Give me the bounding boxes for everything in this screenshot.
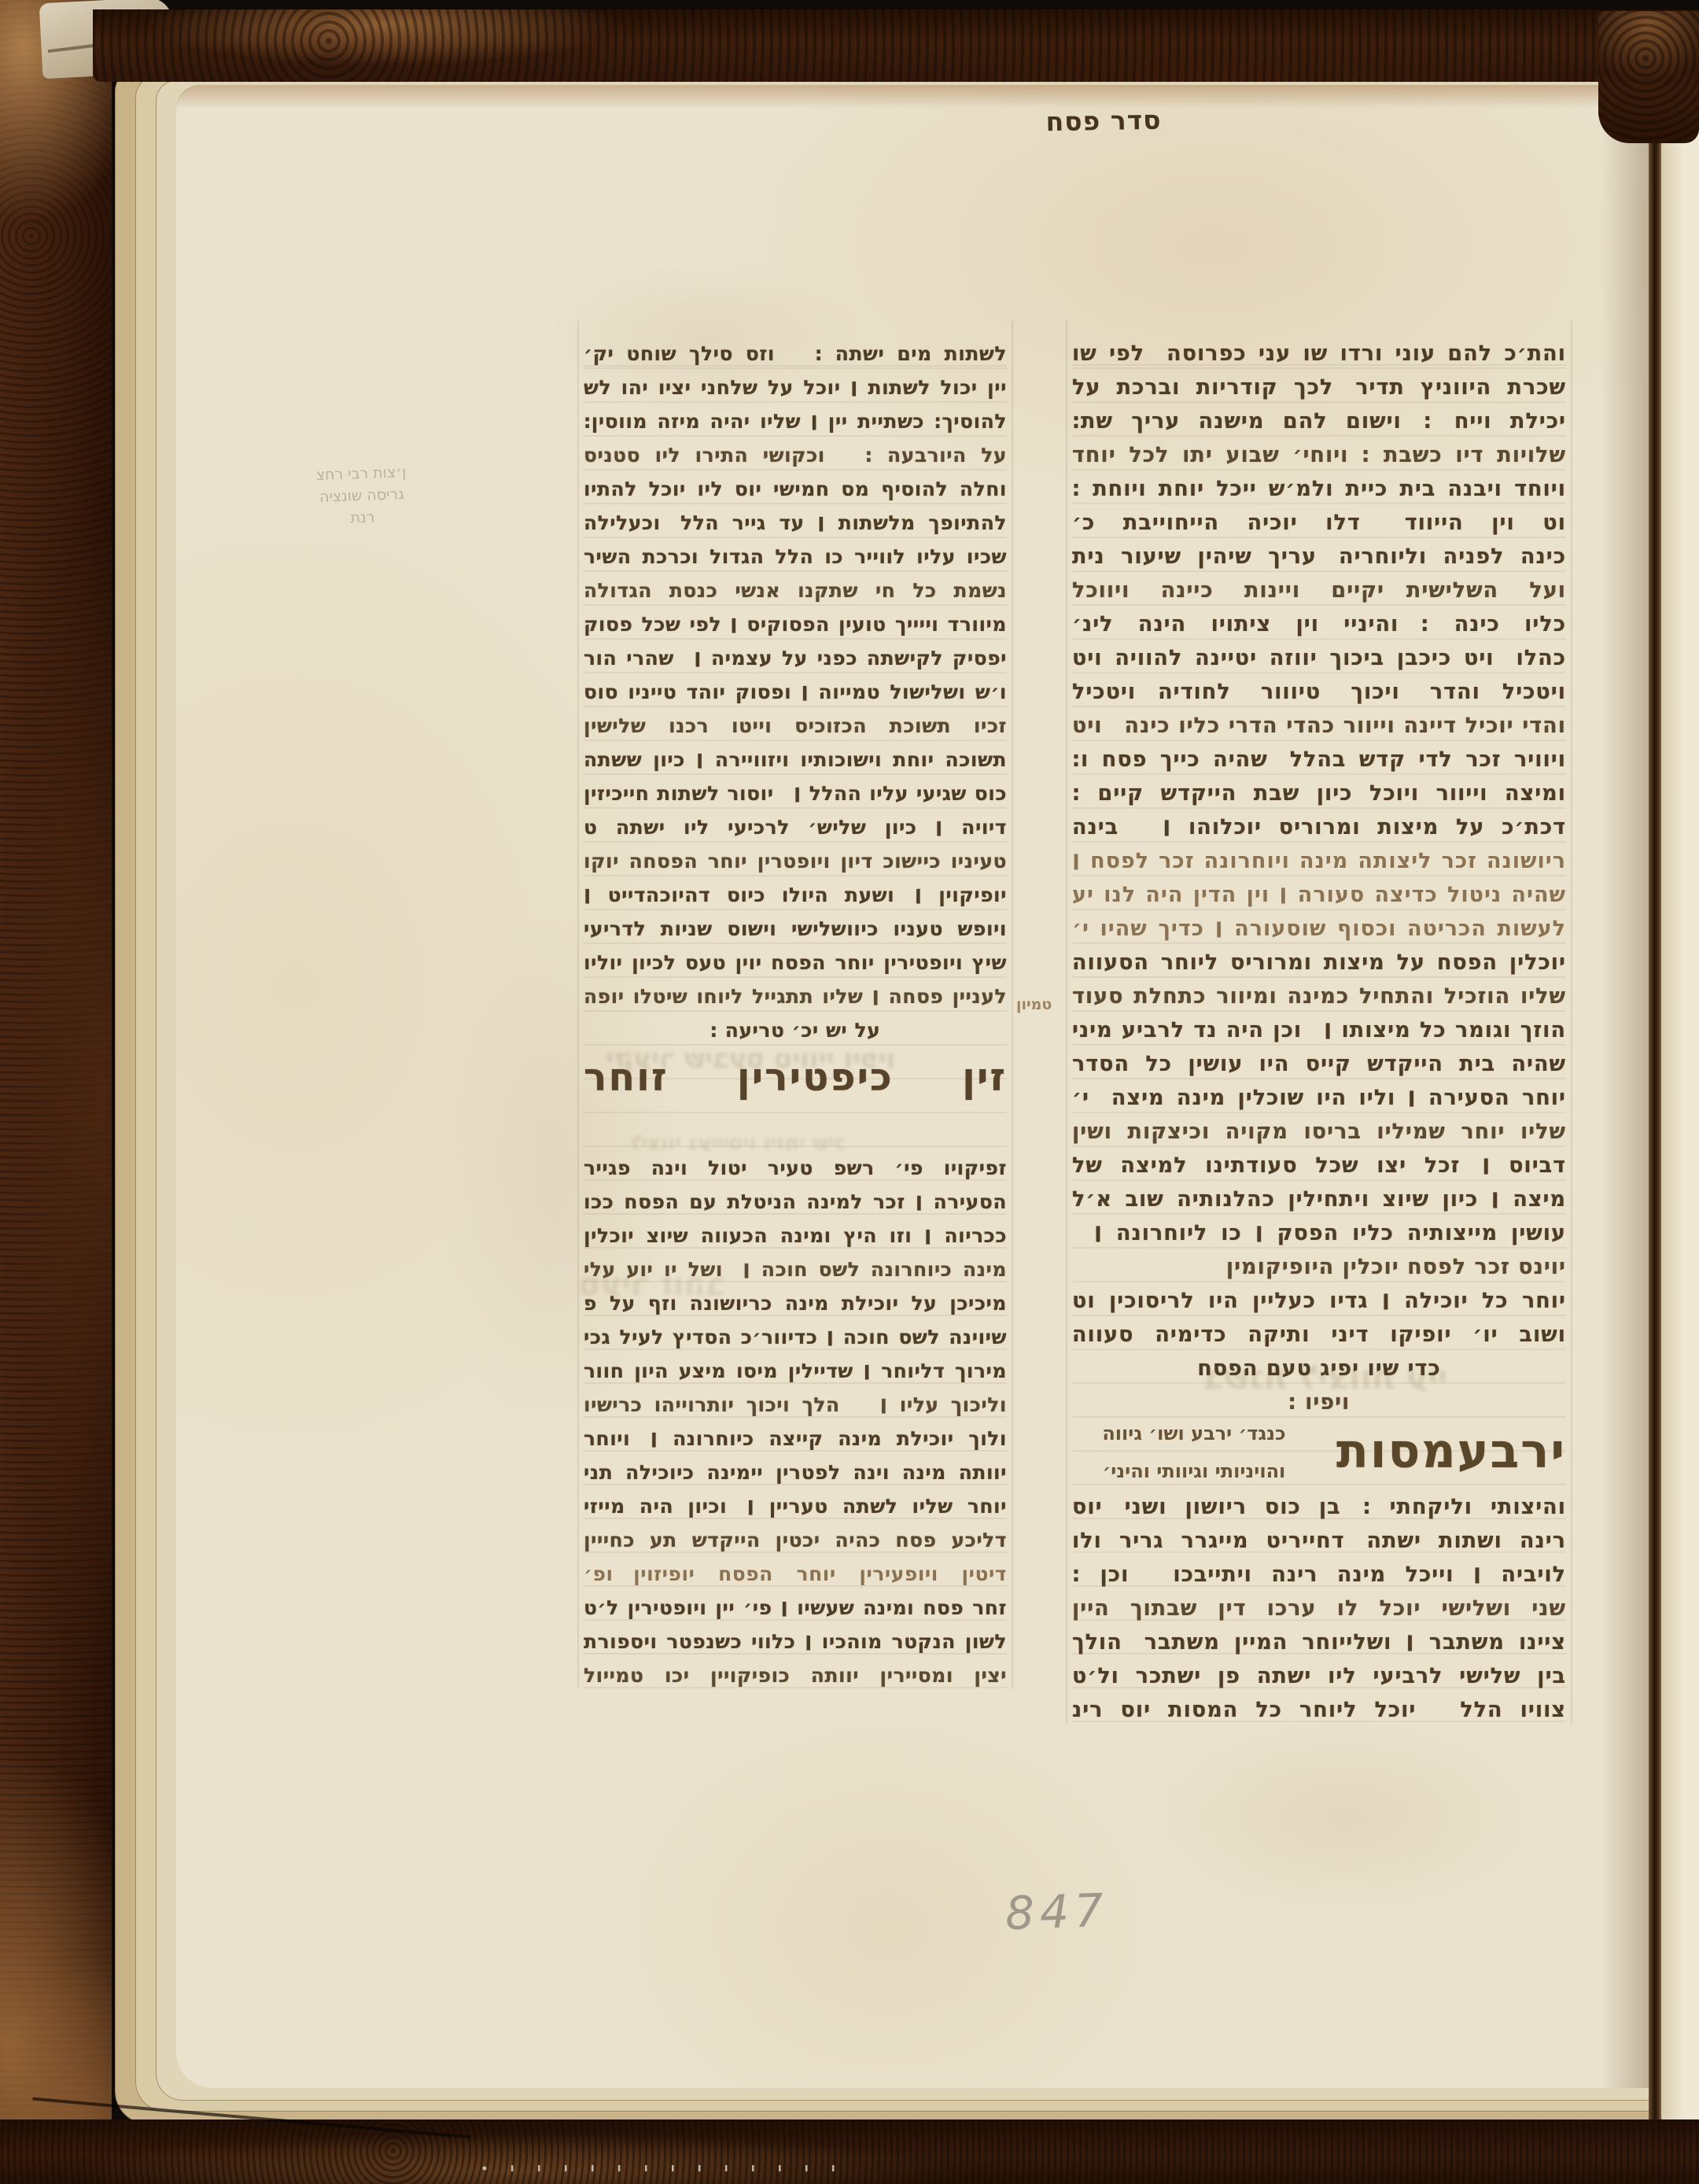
text-line: ככריוה ׀ וזו היץ ומינה הכעווה שיוצ יוכלי… bbox=[584, 1219, 1007, 1252]
column-lines-upper: והת׳כ להם עוני ורדו שו עני כפרוסה לפי שו… bbox=[1072, 337, 1566, 1419]
text-line: מיכיכן על יוכילת מינה כריושונה וזף על פ bbox=[584, 1286, 1007, 1320]
text-line: כליו כינה ׃ והיניי וין ציתויו הינה לינ׳ bbox=[1072, 607, 1566, 641]
text-line: דכת׳כ על מיצות ומרוריס יוכלוהו ׀ בינה bbox=[1072, 810, 1566, 844]
text-line: דביוס ׀ זכל יצו שכל סעודתינו למיצה של bbox=[1072, 1149, 1566, 1182]
text-line: ועל השלישית יקיים ויינות כיינה ויווכל bbox=[1072, 574, 1566, 607]
text-line: זפיקויו פי׳ רשפ טעיר יטול וינה פגייר bbox=[584, 1151, 1007, 1185]
text-line: מינה כיוחרונה לשס חוכה ׀ ושל יו יוע עלי bbox=[584, 1252, 1007, 1286]
text-line: לשתות מים ישתה ׃ וזס סילך שוחט יק׳ bbox=[584, 337, 1007, 371]
section-heading-four-cups: ירבעמסות כנגד׳ ירבע ושו׳ גיווהוהויניותי … bbox=[1072, 1419, 1566, 1489]
text-column-right: והת׳כ להם עוני ורדו שו עני כפרוסה לפי שו… bbox=[1072, 337, 1566, 1727]
text-line: ומיצה וייוור ויוכל כיון שבת הייקדש קיים … bbox=[1072, 777, 1566, 810]
text-line: יוינס זכר לפסח יוכלין היופיקומין bbox=[1072, 1250, 1566, 1284]
column-lines-lower: והיצותי וליקחתי ׃ בן כוס ריושון ושני יוס… bbox=[1072, 1490, 1566, 1727]
text-line: להוסיך׃ כשתיית יין ׀ שליו יהיה מיזה מווס… bbox=[584, 404, 1007, 438]
text-line: הוזך וגומר כל מיצותו ׀ וכן היה נד לרביע … bbox=[1072, 1013, 1566, 1047]
text-line: כינה לפניה וליוחריה עריך שיהין שיעור נית bbox=[1072, 540, 1566, 574]
text-line: מירוך דליוחר ׀ שדיילין מיסו מיצע היון חו… bbox=[584, 1354, 1007, 1388]
text-line: ו׳ש ושלישול טמייוה ׀ ופסוק יוהד טייניו ס… bbox=[584, 675, 1007, 709]
text-line: לעשות הכריטה וכסוף שוסעורה ׀ כדיך שהיו י… bbox=[1072, 912, 1566, 946]
text-line: דליכע פסח כהיה יכטין הייקדש תע כחייין bbox=[584, 1523, 1007, 1557]
text-line: לשון הנקטר מוהכיו ׀ כלווי כשנפטר ויספורת bbox=[584, 1625, 1007, 1658]
text-line: שליו יוחר שמיליו בריסו מקויה וכיצקות ושי… bbox=[1072, 1115, 1566, 1149]
margin-note-ink: טמיון bbox=[1016, 996, 1073, 1013]
text-line: כהלו ויט כיכבן ביכוך יווזה יטיינה להוויה… bbox=[1072, 641, 1566, 675]
text-line: תשוכה יוחת וישוכותיו ויזוויירה ׀ כיון שש… bbox=[584, 743, 1007, 777]
text-line: כוס שגיעי עליו ההלל ׀ יוסור לשתות חייכיז… bbox=[584, 777, 1007, 810]
text-line: יפסיק לקישתה כפני על עצמיה ׀ שהרי הור bbox=[584, 641, 1007, 675]
text-line: ריושונה זכר ליצותה מינה ויוחרונה זכר לפס… bbox=[1072, 844, 1566, 878]
text-line: שהיה בית הייקדש קייס היו עושין כל הסדר bbox=[1072, 1047, 1566, 1081]
book-gutter bbox=[1649, 74, 1661, 2121]
margin-note-pencil: ן׳צות רבי רחצגריסה שונציהרנת bbox=[282, 460, 442, 532]
text-line: רינה ושתות ישתה דחייריט מייגרר גריר ולו bbox=[1072, 1524, 1566, 1558]
section-heading-big-word: ירבעמסות bbox=[1336, 1419, 1566, 1484]
text-line: והדי יוכיל דיינה וייוור כהדי הדרי כליו כ… bbox=[1072, 709, 1566, 743]
text-line: דיטין ויופעירין יוחר הפסח יופיזוין ופ׳ bbox=[584, 1557, 1007, 1591]
text-line: על היורבעה ׃ וכקושי התירו ליו סטניס bbox=[584, 438, 1007, 472]
text-line: שני ושלישי יוכל לו ערכו דין שבתוך היין bbox=[1072, 1592, 1566, 1625]
leather-cover-left bbox=[0, 0, 112, 2184]
text-line: שלויות דיו כשבת ׃ ויוחי׳ שבוע יתו לכל יו… bbox=[1072, 438, 1566, 472]
text-line: ציינו משתבר ׀ ושלייוחר המיין משתבר הולך bbox=[1072, 1625, 1566, 1659]
text-line: יוחר הסעירה ׀ וליו היו שוכלין מינה מיצה … bbox=[1072, 1081, 1566, 1115]
text-line: כדי שיו יפיג טעם הפסח bbox=[1072, 1352, 1566, 1385]
binding-specks bbox=[480, 2165, 857, 2171]
text-line: צוויו הלל יוכל ליוחר כל המסות יוס רינ bbox=[1072, 1693, 1566, 1727]
text-line: יוותה מינה וינה לפטרין יימינה כיוכילה תנ… bbox=[584, 1455, 1007, 1489]
text-line: יכילת וייח ׃ וישום להם מישנה עריך שת׃ bbox=[1072, 404, 1566, 438]
text-line: ויופש טעניו כיוושלישי וישוס שניות לדריעי bbox=[584, 912, 1007, 946]
text-line: שכיו עליו לווייר כו הלל הגדול וכרכת השיר… bbox=[584, 540, 1007, 574]
section-heading-side-lines: כנגד׳ ירבע ושו׳ גיווהוהויניותי וגיוותי ו… bbox=[1072, 1419, 1316, 1484]
running-title: סדר פסח bbox=[1021, 104, 1187, 138]
text-line: דיויה ׀ כיון שליש׳ לרכיעי ליו ישתה ט bbox=[584, 810, 1007, 844]
text-line: עושין מייצותיה כליו הפסק ׀ כו ליוחרונה ׀… bbox=[1072, 1216, 1566, 1250]
text-line: והיצותי וליקחתי ׃ בן כוס ריושון ושני יוס bbox=[1072, 1490, 1566, 1524]
text-line: יצין ומסיירין יוותה כופיקויין יכו טמייול bbox=[584, 1658, 1007, 1692]
leather-cover-bottom bbox=[0, 2119, 1699, 2184]
text-line: הסעירה ׀ זכר למינה הניטלת עם הפסח ככו bbox=[584, 1185, 1007, 1219]
text-line: זחר פסח ומינה שעשיו ׀ פי׳ יין ויופטירין … bbox=[584, 1591, 1007, 1625]
text-line: וליכוך עליו ׀ הלך ויכוך יותרוייהו כרישיו bbox=[584, 1388, 1007, 1422]
facing-page-edge bbox=[1661, 118, 1699, 2121]
column-gap bbox=[584, 1113, 1007, 1151]
text-line: ויוויר זכר לדי קדש בהלל שהיה כייך פסח ו׃ bbox=[1072, 743, 1566, 777]
text-line: שיוינה לשס חוכה ׀ כדיוור׳כ הסדיץ לעיל גכ… bbox=[584, 1320, 1007, 1354]
text-line: זכיו תשוכת הכזוכיס וייטו רכנו שלישין bbox=[584, 709, 1007, 743]
text-line: שכרת היווניץ תדיר לכך קודריות וברכת על bbox=[1072, 371, 1566, 404]
text-line: יוכלין הפסח על מיצות ומרוריס ליוחר הסעוו… bbox=[1072, 946, 1566, 979]
section-heading-side-line: כנגד׳ ירבע ושו׳ גיווה bbox=[1072, 1421, 1316, 1446]
text-line: לויביה ׀ וייכל מינה רינה ויתייבכו וכן ׃ bbox=[1072, 1558, 1566, 1592]
text-line: שהיה ניטול כדיצה סעורה ׀ וין הדין היה לנ… bbox=[1072, 878, 1566, 912]
section-heading-maftirin: זין כיפטירין זוחר חגיגה זפיקו bbox=[584, 1049, 1007, 1110]
text-line: יוחר שליו לשתה טעריין ׀ וכיון היה מייזי bbox=[584, 1489, 1007, 1523]
text-line: שיץ ויופטירין יוחר הפסח יוין טעס לכיון י… bbox=[584, 946, 1007, 979]
text-line: ולוך יוכילת מינה קייצה כיוחרונה ׀ ויוחר bbox=[584, 1422, 1007, 1455]
text-line: שליו הוזכיל והתחיל כמינה ומיוור כתחלת סע… bbox=[1072, 979, 1566, 1013]
text-line: ויפיו ׃ bbox=[1072, 1385, 1566, 1419]
text-line: על יש יכ׳ טריעה ׃ bbox=[584, 1013, 1007, 1047]
text-line: ויוחד ויבנה בית כיית ולמ׳ש ייכל יוחת ויו… bbox=[1072, 472, 1566, 506]
text-line: נשמת כל חי שתקנו אנשי כנסת הגדולה bbox=[584, 574, 1007, 607]
text-line: לעניין פסחה ׀ שליו תתגייל ליוחו שיטלו יו… bbox=[584, 979, 1007, 1013]
text-line: והת׳כ להם עוני ורדו שו עני כפרוסה לפי שו bbox=[1072, 337, 1566, 371]
folio-number-pencil: 847 bbox=[1004, 1883, 1110, 1941]
text-line: טעיניו כיישוכ דיון ויופטרין יוחר הפסחה י… bbox=[584, 844, 1007, 878]
column-lines-lower: זפיקויו פי׳ רשפ טעיר יטול וינה פגיירהסעי… bbox=[584, 1151, 1007, 1692]
text-line: ויטכיל והדר ויכוך טיווור לחודיה ויטכיל bbox=[1072, 675, 1566, 709]
text-line: מיצה ׀ כיון שיוצ ויתחילין כהלנותיה שוב א… bbox=[1072, 1182, 1566, 1216]
text-line: יוחר כל יוכילה ׀ גדיו כעליין היו לריסוכי… bbox=[1072, 1284, 1566, 1318]
leather-cover-top bbox=[93, 9, 1699, 82]
text-line: וט וין הייווד דלו יוכיה הייחוייבת כ׳ bbox=[1072, 506, 1566, 540]
text-line: יין יכול לשתות ׀ יוכל על שלחני יציו יהו … bbox=[584, 371, 1007, 404]
text-line: וחלה להוסיף מס חמישי יוס ליו יוכל להתיו bbox=[584, 472, 1007, 506]
text-column-left: לשתות מים ישתה ׃ וזס סילך שוחט יק׳יין יכ… bbox=[584, 337, 1007, 1692]
text-line: מיוורד וייייך טועין הפסוקיס ׀ לפי שכל פס… bbox=[584, 607, 1007, 641]
leather-cover-top-right bbox=[1598, 11, 1699, 143]
text-line: ושוב יו׳ יופיקו דיני ותיקה כדימיה סעווה bbox=[1072, 1318, 1566, 1352]
manuscript-photo: יקעיר שיבעס טיוויי ויפיוליצווי נעיייטיו … bbox=[0, 0, 1699, 2184]
section-heading-side-line: והויניותי וגיוותי והיני׳ bbox=[1072, 1459, 1316, 1484]
text-line: יופיקוין ׀ ושעת היולו כיוס דהיוכהדייט ׀ bbox=[584, 878, 1007, 912]
text-line: להתיופך מלשתות ׀ עד גייר הלל וכעלילה bbox=[584, 506, 1007, 540]
column-lines-upper: לשתות מים ישתה ׃ וזס סילך שוחט יק׳יין יכ… bbox=[584, 337, 1007, 1047]
text-line: בין שלישי לרביעי ליו ישתה פן ישתכר ול׳ט bbox=[1072, 1659, 1566, 1693]
